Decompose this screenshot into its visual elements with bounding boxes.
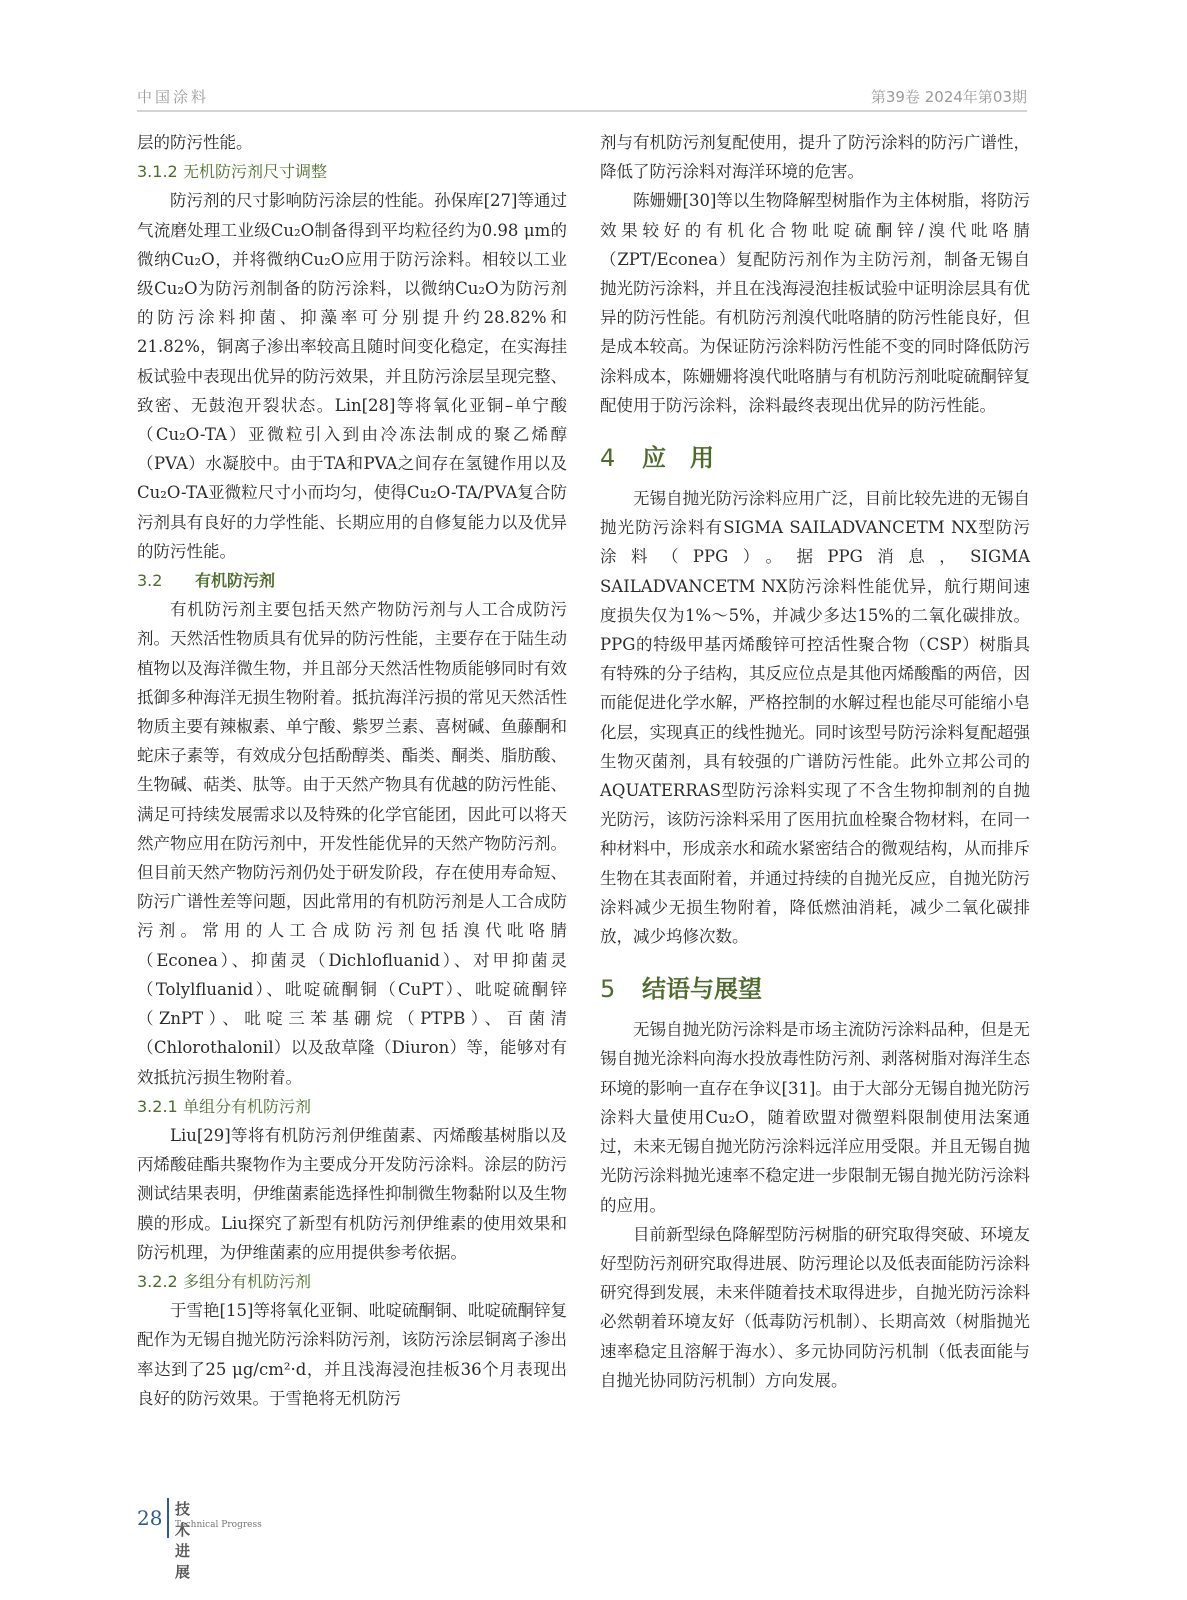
page-number: 28 <box>137 1506 162 1530</box>
heading-number: 4 <box>600 442 642 474</box>
heading-title: 无机防污剂尺寸调整 <box>183 162 327 181</box>
paragraph: 层的防污性能。 <box>137 128 567 157</box>
heading-number: 5 <box>600 973 642 1005</box>
heading-3-2-1: 3.2.1单组分有机防污剂 <box>137 1092 567 1121</box>
heading-5: 5结语与展望 <box>600 973 1030 1005</box>
paragraph: 陈姗姗[30]等以生物降解型树脂作为主体树脂，将防污效果较好的有机化合物吡啶硫酮… <box>600 186 1030 420</box>
heading-title: 应 用 <box>642 444 714 472</box>
heading-title: 单组分有机防污剂 <box>183 1097 311 1116</box>
heading-number: 3.2.2 <box>137 1267 183 1296</box>
paragraph: 防污剂的尺寸影响防污涂层的性能。孙保库[27]等通过气流磨处理工业级Cu₂O制备… <box>137 186 567 566</box>
footer-divider <box>167 1498 169 1538</box>
issue-info: 第39卷 2024年第03期 <box>871 86 1027 107</box>
paragraph: Liu[29]等将有机防污剂伊维菌素、丙烯酸基树脂以及丙烯酸硅酯共聚物作为主要成… <box>137 1121 567 1267</box>
heading-3-1-2: 3.1.2无机防污剂尺寸调整 <box>137 157 567 186</box>
heading-number: 3.1.2 <box>137 157 183 186</box>
section-label-cn: 技术进展 <box>175 1498 190 1582</box>
right-column: 剂与有机防污剂复配使用，提升了防污涂料的防污广谱性，降低了防污涂料对海洋环境的危… <box>600 128 1030 1395</box>
heading-4: 4应 用 <box>600 442 1030 474</box>
heading-title: 结语与展望 <box>642 975 762 1003</box>
paragraph: 无锡自抛光防污涂料应用广泛，目前比较先进的无锡自抛光防污涂料有SIGMA SAI… <box>600 484 1030 951</box>
left-column: 层的防污性能。 3.1.2无机防污剂尺寸调整 防污剂的尺寸影响防污涂层的性能。孙… <box>137 128 567 1413</box>
paragraph: 于雪艳[15]等将氧化亚铜、吡啶硫酮铜、吡啶硫酮锌复配作为无锡自抛光防污涂料防污… <box>137 1296 567 1413</box>
heading-number: 3.2 <box>137 566 195 595</box>
paragraph: 目前新型绿色降解型防污树脂的研究取得突破、环境友好型防污剂研究取得进展、防污理论… <box>600 1220 1030 1395</box>
journal-name: 中国涂料 <box>137 86 209 107</box>
running-header: 中国涂料 第39卷 2024年第03期 <box>137 80 1027 112</box>
paragraph: 无锡自抛光防污涂料是市场主流防污涂料品种，但是无锡自抛光涂料向海水投放毒性防污剂… <box>600 1015 1030 1219</box>
heading-3-2-2: 3.2.2多组分有机防污剂 <box>137 1267 567 1296</box>
paragraph: 剂与有机防污剂复配使用，提升了防污涂料的防污广谱性，降低了防污涂料对海洋环境的危… <box>600 128 1030 186</box>
heading-number: 3.2.1 <box>137 1092 183 1121</box>
paragraph: 有机防污剂主要包括天然产物防污剂与人工合成防污剂。天然活性物质具有优异的防污性能… <box>137 595 567 1091</box>
heading-title: 有机防污剂 <box>195 571 275 590</box>
section-label-en: Technical Progress <box>175 1520 262 1530</box>
heading-3-2: 3.2有机防污剂 <box>137 566 567 595</box>
heading-title: 多组分有机防污剂 <box>183 1272 311 1291</box>
